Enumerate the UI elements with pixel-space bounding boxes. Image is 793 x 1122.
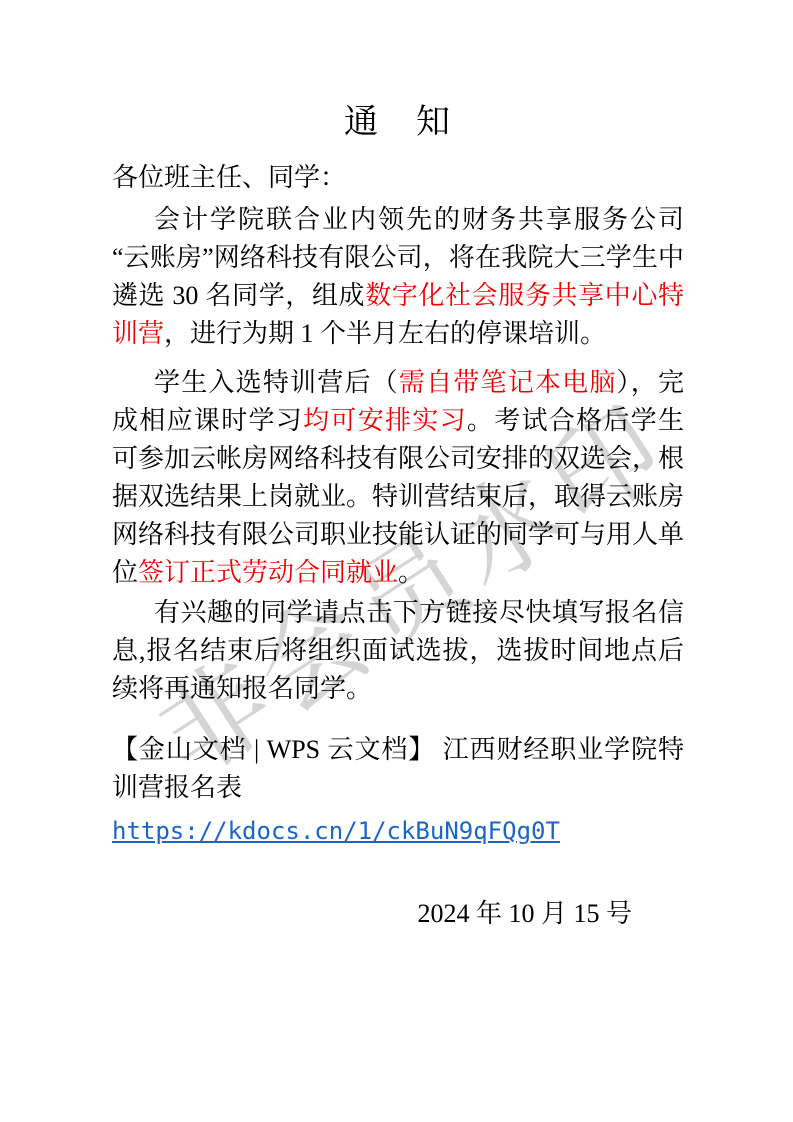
text-run: ，进行为期 1 个半月左右的停课培训。 [164, 319, 606, 348]
page-title: 通 知 [112, 100, 684, 145]
signup-form-link[interactable]: https://kdocs.cn/1/ckBuN9qFQg0T [112, 817, 560, 845]
notice-document: 通 知 各位班主任、同学： 会计学院联合业内领先的财务共享服务公司 “云账房”网… [112, 0, 684, 933]
attachment-label: 【金山文档 | WPS 云文档】 江西财经职业学院特训营报名表 [112, 731, 684, 807]
paragraph-signup-instructions: 有兴趣的同学请点击下方链接尽快填写报名信息,报名结束后将组织面试选拔，选拔时间地… [112, 594, 684, 708]
paragraph-camp-details: 学生入选特训营后（需自带笔记本电脑），完成相应课时学习均可安排实习。考试合格后学… [112, 364, 684, 592]
text-run: 学生入选特训营后（ [154, 368, 399, 397]
text-run-red-internship: 均可安排实习 [303, 406, 467, 435]
paragraph-intro: 会计学院联合业内领先的财务共享服务公司 “云账房”网络科技有限公司，将在我院大三… [112, 201, 684, 353]
text-run-red-laptop-note: 需自带笔记本电脑 [399, 368, 617, 397]
salutation: 各位班主任、同学： [112, 159, 684, 197]
text-run: 有兴趣的同学请点击下方链接尽快填写报名信息,报名结束后将组织面试选拔，选拔时间地… [112, 598, 684, 703]
text-run-red-contract: 签订正式劳动合同就业 [138, 558, 398, 587]
notice-date: 2024 年 10 月 15 号 [112, 895, 684, 933]
text-run: 。 [398, 558, 424, 587]
